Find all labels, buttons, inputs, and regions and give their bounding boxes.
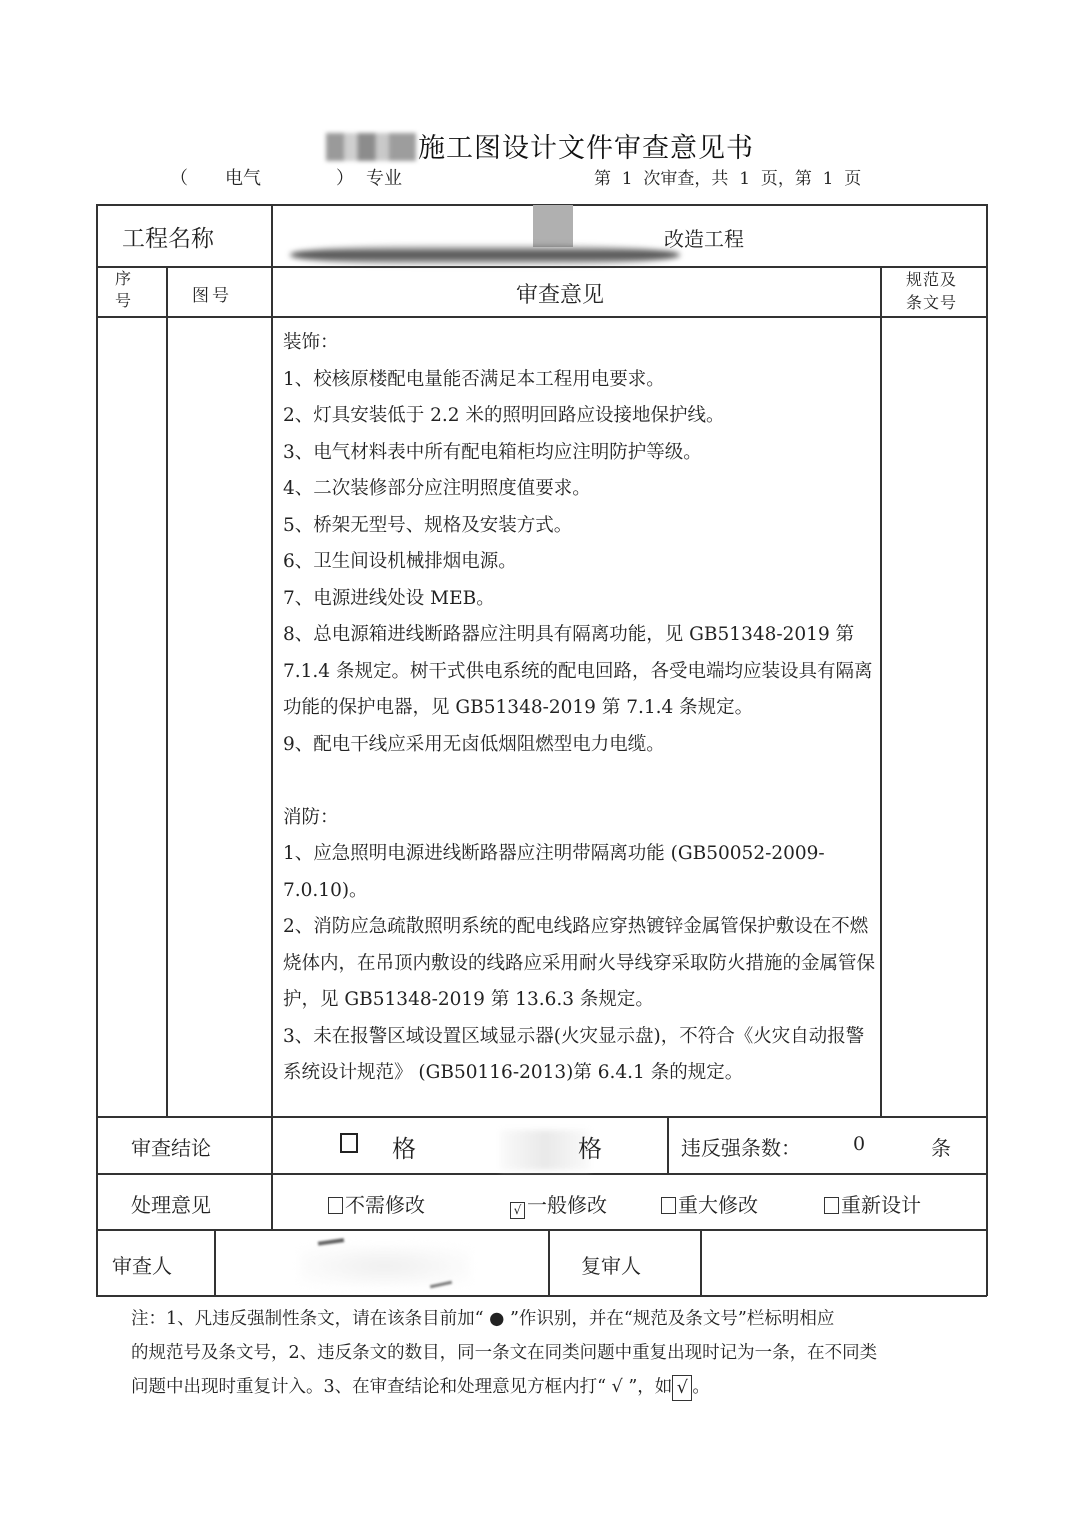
decoration-item-1: 1、校核原楼配电量能否满足本工程用电要求。 [283,362,878,399]
table-rule [96,266,987,268]
footnote-line-3-text: 问题中出现时重复计入。3、在审查结论和处理意见方框内打“ √ ”，如 [131,1377,672,1397]
conclusion-pass-checkbox[interactable] [340,1133,358,1153]
decoration-item-7: 7、电源进线处设 MEB。 [283,581,878,618]
header-seq-line1: 序 [113,268,133,290]
header-code-ref-line1: 规范及 [906,268,957,291]
decoration-item-6: 6、卫生间设机械排烟电源。 [283,544,878,581]
footnote-line-3-end: 。 [692,1377,710,1397]
handling-option-label: 一般修改 [527,1193,607,1217]
footnote-line-1: 注：1、凡违反强制性条文，请在该条目前加“ ● ”作识别，并在“规范及条文号”栏… [131,1302,951,1336]
handling-option-redesign[interactable]: 重新设计 [824,1189,921,1218]
handling-option-label: 重大修改 [678,1193,758,1217]
footnote-line-2: 的规范号及条文号，2、违反条文的数目，同一条文在同类问题中重复出现时记为一条，在… [131,1336,951,1370]
review-round-info: 第 1 次审查，共 1 页，第 1 页 [594,164,861,189]
fire-item-1: 1、应急照明电源进线断路器应注明带隔离功能 (GB50052-2009-7.0.… [283,836,878,909]
discipline-suffix: 专业 [366,164,402,190]
signature-blur [300,1246,470,1286]
conclusion-fail-label: 格 [578,1129,602,1164]
reviewer-label: 审查人 [112,1250,172,1279]
rechecker-signature-field[interactable] [702,1231,985,1294]
footnote-line-3: 问题中出现时重复计入。3、在审查结论和处理意见方框内打“ √ ”，如√。 [131,1370,951,1404]
decoration-item-9: 9、配电干线应采用无卤低烟阻燃型电力电缆。 [283,727,878,764]
discipline-value: 电气 [225,164,261,190]
table-rule [96,1116,987,1118]
conclusion-pass-label: 格 [392,1129,416,1164]
decoration-item-2: 2、灯具安装低于 2.2 米的照明回路应设接地保护线。 [283,398,878,435]
table-divider [667,1116,669,1174]
table-border-left [96,204,98,1296]
redacted-project-prefix [326,133,416,161]
decoration-heading: 装饰： [283,325,878,362]
decoration-item-5: 5、桥架无型号、规格及安装方式。 [283,508,878,545]
header-drawing-no: 图号 [192,281,232,306]
header-seq: 序 号 [113,268,133,312]
table-divider [271,204,273,1230]
project-name-label: 工程名称 [122,220,214,253]
table-divider [880,266,882,1117]
fire-heading: 消防： [283,800,878,837]
title-text: 施工图设计文件审查意见书 [418,133,754,164]
conclusion-label: 审查结论 [131,1132,211,1161]
handling-option-label: 不需修改 [345,1193,425,1217]
document-title: 施工图设计文件审查意见书 [0,126,1080,165]
redaction-block [533,205,573,247]
fire-item-2: 2、消防应急疏散照明系统的配电线路应穿热镀锌金属管保护敷设在不燃烧体内，在吊顶内… [283,909,878,1019]
header-code-ref: 规范及 条文号 [906,268,957,314]
checkbox-unchecked-icon[interactable] [661,1197,676,1214]
checkbox-checked-icon[interactable]: √ [510,1202,525,1219]
footnote: 注：1、凡违反强制性条文，请在该条目前加“ ● ”作识别，并在“规范及条文号”栏… [131,1302,951,1404]
checkbox-unchecked-icon[interactable] [328,1197,343,1214]
violation-count-value: 0 [853,1133,865,1155]
table-divider [166,266,168,1117]
section-spacer [283,763,878,800]
fire-item-3: 3、未在报警区域设置区域显示器(火灾显示盘)，不符合《火灾自动报警系统设计规范》… [283,1019,878,1092]
header-seq-line2: 号 [113,290,133,312]
violation-count-unit: 条 [931,1132,951,1161]
table-divider [214,1229,216,1296]
table-rule [96,1173,987,1175]
signature-stroke [318,1238,344,1246]
handling-label: 处理意见 [131,1189,211,1218]
handling-option-label: 重新设计 [841,1193,921,1217]
rechecker-label: 复审人 [581,1250,641,1279]
checkbox-unchecked-icon[interactable] [824,1197,839,1214]
header-opinion: 审查意见 [516,278,604,309]
decoration-item-8: 8、总电源箱进线断路器应注明具有隔离功能，见 GB51348-2019 第 7.… [283,617,878,727]
handling-option-minor-change[interactable]: √一般修改 [510,1189,607,1219]
handling-option-no-change[interactable]: 不需修改 [328,1189,425,1218]
table-rule [96,316,987,318]
project-name-value: 改造工程 [664,223,744,252]
table-divider [548,1229,550,1296]
handling-option-major-change[interactable]: 重大修改 [661,1189,758,1218]
header-code-ref-line2: 条文号 [906,291,957,314]
opinion-content: 装饰： 1、校核原楼配电量能否满足本工程用电要求。 2、灯具安装低于 2.2 米… [283,325,878,1092]
redacted-fail-option [500,1130,590,1170]
decoration-item-3: 3、电气材料表中所有配电箱柜均应注明防护等级。 [283,435,878,472]
redaction-shadow [290,244,680,266]
decoration-item-4: 4、二次装修部分应注明照度值要求。 [283,471,878,508]
discipline-open: （ [170,164,188,190]
table-border-bottom [96,1295,987,1297]
table-border-right [986,204,988,1296]
violation-count-label: 违反强条数： [681,1132,801,1161]
checkmark-box-icon: √ [672,1375,692,1401]
discipline-close: ） [336,164,354,190]
